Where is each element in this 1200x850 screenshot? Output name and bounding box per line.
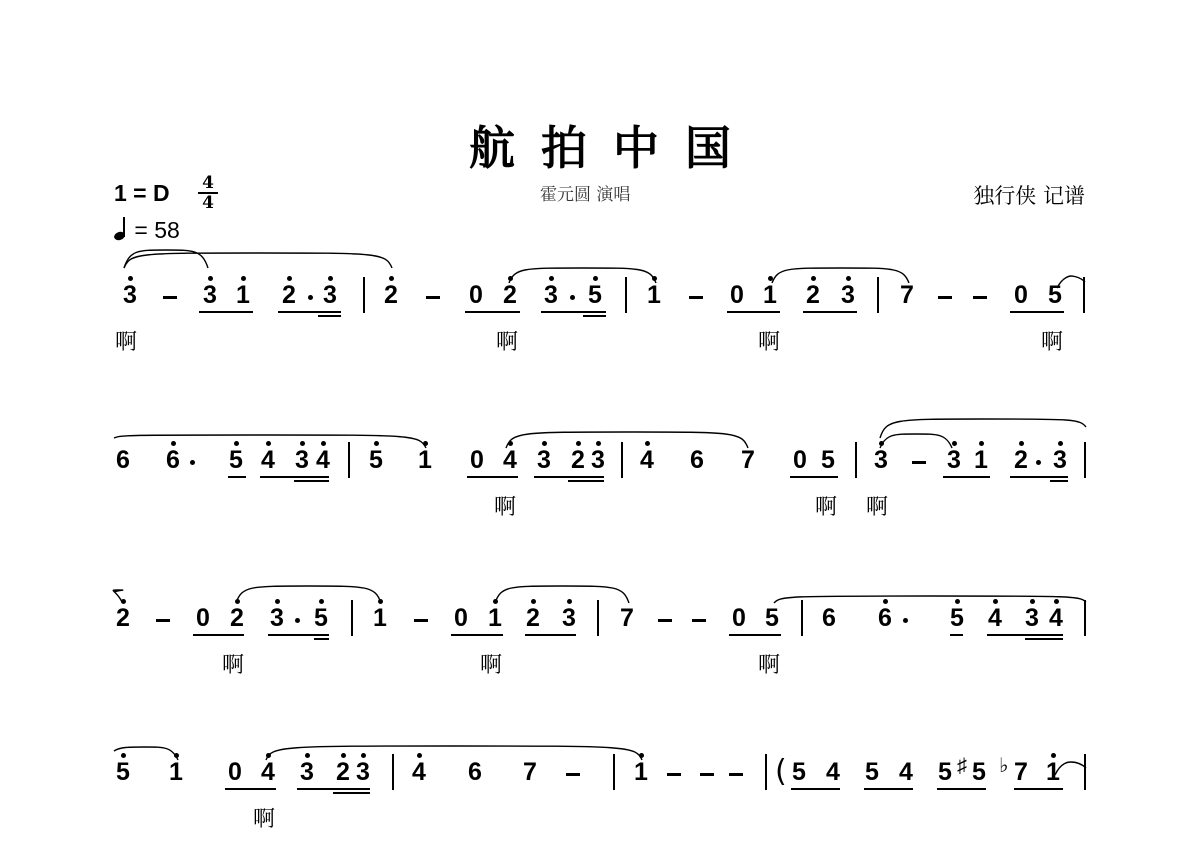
beam-underline <box>260 476 329 478</box>
note: 3 <box>559 606 579 631</box>
barline <box>1084 754 1086 790</box>
flat-icon: ♭ <box>999 754 1008 779</box>
barline <box>1084 442 1086 478</box>
note: 6 <box>687 448 707 473</box>
note: 5 <box>762 606 782 631</box>
high-octave-dot <box>883 599 888 604</box>
high-octave-dot <box>121 599 126 604</box>
sustain-dash <box>692 619 706 622</box>
note: 5 <box>947 606 967 631</box>
high-octave-dot <box>423 441 428 446</box>
beam-underline <box>294 480 329 482</box>
note: 5 <box>311 606 331 631</box>
lyric-syllable: 啊 <box>253 802 275 833</box>
note: 0 <box>451 606 471 631</box>
high-octave-dot <box>361 753 366 758</box>
beam-underline <box>1050 480 1068 482</box>
note: 5 <box>862 760 882 785</box>
slur <box>266 746 642 760</box>
note: 1 <box>971 448 991 473</box>
note: 4 <box>823 760 843 785</box>
note: 2 <box>568 448 588 473</box>
beam-underline <box>568 480 604 482</box>
beam-underline <box>465 311 520 313</box>
tempo-marking: = 58 <box>114 216 180 244</box>
slur <box>774 596 1086 603</box>
beam-underline <box>467 476 518 478</box>
beam-underline <box>583 315 606 317</box>
note: 1 <box>631 760 651 785</box>
high-octave-dot <box>531 599 536 604</box>
note: 4 <box>985 606 1005 631</box>
high-octave-dot <box>1030 599 1035 604</box>
note: 5 <box>366 448 386 473</box>
beam-underline <box>727 311 780 313</box>
note: 0 <box>466 283 486 308</box>
high-octave-dot <box>596 441 601 446</box>
quarter-note-icon <box>114 216 128 240</box>
lyric-syllable: 啊 <box>480 648 502 679</box>
sustain-dash <box>156 619 170 622</box>
beam-underline <box>987 634 1063 636</box>
note: 0 <box>790 448 810 473</box>
beam-underline <box>1025 638 1063 640</box>
note: 6 <box>819 606 839 631</box>
barline <box>1083 277 1085 313</box>
lyric-syllable: 啊 <box>222 648 244 679</box>
high-octave-dot <box>1051 753 1056 758</box>
high-octave-dot <box>241 276 246 281</box>
note: 2 <box>333 760 353 785</box>
note: 6 <box>163 448 183 473</box>
note: 3 <box>871 448 891 473</box>
beam-underline <box>278 311 341 313</box>
augmentation-dot <box>295 618 300 623</box>
high-octave-dot <box>378 599 383 604</box>
sustain-dash <box>700 773 714 776</box>
high-octave-dot <box>305 753 310 758</box>
barline <box>621 442 623 478</box>
note: 3 <box>588 448 608 473</box>
note: 3 <box>944 448 964 473</box>
note: 5 <box>585 283 605 308</box>
sustain-dash <box>973 296 987 299</box>
beam-underline <box>525 634 576 636</box>
lyric-syllable: 啊 <box>815 490 837 521</box>
note: 3 <box>541 283 561 308</box>
note: 7♭ <box>1011 760 1031 785</box>
high-octave-dot <box>979 441 984 446</box>
transcriber-credit: 独行侠 记谱 <box>973 180 1085 210</box>
high-octave-dot <box>645 441 650 446</box>
note: 3 <box>320 283 340 308</box>
high-octave-dot <box>567 599 572 604</box>
beam-underline <box>297 788 370 790</box>
tempo-value: = 58 <box>134 217 179 243</box>
beam-underline <box>193 634 244 636</box>
lyric-syllable: 啊 <box>115 325 137 356</box>
beam-underline <box>1010 476 1068 478</box>
high-octave-dot <box>300 441 305 446</box>
note: 3 <box>267 606 287 631</box>
high-octave-dot <box>321 441 326 446</box>
sustain-dash <box>689 296 703 299</box>
beam-underline <box>937 788 986 790</box>
note: 3 <box>297 760 317 785</box>
sustain-dash <box>414 619 428 622</box>
beam-underline <box>943 476 990 478</box>
augmentation-dot <box>190 460 195 465</box>
sustain-dash <box>729 773 743 776</box>
high-octave-dot <box>508 441 513 446</box>
high-octave-dot <box>768 276 773 281</box>
note: 2 <box>381 283 401 308</box>
note: 2 <box>113 606 133 631</box>
high-octave-dot <box>542 441 547 446</box>
beam-underline <box>225 788 276 790</box>
augmentation-dot <box>570 295 575 300</box>
lyric-syllable: 啊 <box>1041 325 1063 356</box>
high-octave-dot <box>549 276 554 281</box>
slur <box>509 268 656 283</box>
note: 3 <box>534 448 554 473</box>
slur <box>124 250 208 268</box>
slur <box>124 253 392 268</box>
note: 0 <box>467 448 487 473</box>
high-octave-dot <box>1058 441 1063 446</box>
high-octave-dot <box>389 276 394 281</box>
note: 5 <box>818 448 838 473</box>
slur <box>880 434 952 448</box>
note: 4 <box>258 448 278 473</box>
barline <box>625 277 627 313</box>
note: 3 <box>838 283 858 308</box>
note: 2 <box>279 283 299 308</box>
augmentation-dot <box>903 618 908 623</box>
high-octave-dot <box>128 276 133 281</box>
beam-underline <box>1014 788 1063 790</box>
note: 1 <box>1043 760 1063 785</box>
barline <box>363 277 365 313</box>
beam-underline <box>534 476 604 478</box>
high-octave-dot <box>879 441 884 446</box>
augmentation-dot <box>308 295 313 300</box>
note: 3 <box>1022 606 1042 631</box>
sustain-dash <box>912 461 926 464</box>
beam-underline <box>333 792 370 794</box>
note: 1 <box>485 606 505 631</box>
note: 6 <box>875 606 895 631</box>
high-octave-dot <box>508 276 513 281</box>
note: 4 <box>409 760 429 785</box>
open-parenthesis: ( <box>775 754 787 789</box>
time-signature: 4 4 <box>198 175 218 211</box>
high-octave-dot <box>593 276 598 281</box>
beam-underline <box>864 788 913 790</box>
slur <box>236 586 381 603</box>
note: 4 <box>1046 606 1066 631</box>
high-octave-dot <box>174 753 179 758</box>
beam-underline <box>803 311 857 313</box>
barline <box>801 600 803 636</box>
note: 1 <box>233 283 253 308</box>
singer-credit: 霍元圆 演唱 <box>540 180 630 205</box>
note: 5 <box>226 448 246 473</box>
sustain-dash <box>163 296 177 299</box>
barline <box>765 754 767 790</box>
sustain-dash <box>426 296 440 299</box>
page-title: 航拍中国 <box>0 112 1200 178</box>
note: 7 <box>738 448 758 473</box>
augmentation-dot <box>1036 460 1041 465</box>
note: 5 <box>1045 283 1065 308</box>
note: 2 <box>803 283 823 308</box>
note: 7 <box>617 606 637 631</box>
note: 3 <box>200 283 220 308</box>
time-signature-bottom: 4 <box>202 193 214 213</box>
note: 4 <box>258 760 278 785</box>
high-octave-dot <box>341 753 346 758</box>
note: 4 <box>637 448 657 473</box>
note: 5 <box>789 760 809 785</box>
lyric-syllable: 啊 <box>758 325 780 356</box>
beam-underline <box>451 634 503 636</box>
lyric-syllable: 啊 <box>496 325 518 356</box>
note: 1 <box>644 283 664 308</box>
high-octave-dot <box>952 441 957 446</box>
note: 1 <box>415 448 435 473</box>
high-octave-dot <box>652 276 657 281</box>
beam-underline <box>791 788 840 790</box>
high-octave-dot <box>235 599 240 604</box>
note: 4 <box>313 448 333 473</box>
note: 2 <box>500 283 520 308</box>
high-octave-dot <box>275 599 280 604</box>
note: 3 <box>353 760 373 785</box>
high-octave-dot <box>171 441 176 446</box>
beam-underline <box>228 476 246 478</box>
lyric-syllable: 啊 <box>494 490 516 521</box>
key-signature: 1 = D <box>114 180 170 207</box>
high-octave-dot <box>846 276 851 281</box>
note: 0 <box>193 606 213 631</box>
high-octave-dot <box>493 599 498 604</box>
barline <box>877 277 879 313</box>
note: 0 <box>729 606 749 631</box>
time-signature-top: 4 <box>202 173 214 193</box>
beam-underline <box>268 634 329 636</box>
high-octave-dot <box>266 441 271 446</box>
lyric-syllable: 啊 <box>866 490 888 521</box>
note: 2 <box>1011 448 1031 473</box>
note: 2 <box>227 606 247 631</box>
note: 6 <box>465 760 485 785</box>
high-octave-dot <box>639 753 644 758</box>
lyric-syllable: 啊 <box>758 648 780 679</box>
note: 1 <box>370 606 390 631</box>
barline <box>855 442 857 478</box>
high-octave-dot <box>328 276 333 281</box>
sustain-dash <box>938 296 952 299</box>
note: 7 <box>897 283 917 308</box>
barline <box>392 754 394 790</box>
note: 0 <box>225 760 245 785</box>
high-octave-dot <box>417 753 422 758</box>
beam-underline <box>318 315 341 317</box>
note: 4 <box>896 760 916 785</box>
sustain-dash <box>566 773 580 776</box>
beam-underline <box>950 634 963 636</box>
note: 5 <box>113 760 133 785</box>
note: 0 <box>1011 283 1031 308</box>
note: 3 <box>1050 448 1070 473</box>
barline <box>597 600 599 636</box>
sharp-icon: ♯ <box>957 754 967 779</box>
beam-underline <box>199 311 253 313</box>
note: 5 <box>935 760 955 785</box>
beam-underline <box>541 311 606 313</box>
high-octave-dot <box>993 599 998 604</box>
beam-underline <box>314 638 329 640</box>
high-octave-dot <box>374 441 379 446</box>
high-octave-dot <box>319 599 324 604</box>
high-octave-dot <box>576 441 581 446</box>
note: 1 <box>760 283 780 308</box>
note: 0 <box>727 283 747 308</box>
note: 6 <box>113 448 133 473</box>
beam-underline <box>1010 311 1064 313</box>
barline <box>351 600 353 636</box>
high-octave-dot <box>266 753 271 758</box>
slur <box>880 419 1086 438</box>
high-octave-dot <box>208 276 213 281</box>
note: 2 <box>523 606 543 631</box>
note: 3 <box>120 283 140 308</box>
note: 5♯ <box>969 760 989 785</box>
barline <box>1084 600 1086 636</box>
barline <box>613 754 615 790</box>
sustain-dash <box>667 773 681 776</box>
high-octave-dot <box>287 276 292 281</box>
high-octave-dot <box>234 441 239 446</box>
barline <box>348 442 350 478</box>
high-octave-dot <box>1019 441 1024 446</box>
high-octave-dot <box>1054 599 1059 604</box>
note: 1 <box>166 760 186 785</box>
note: 7 <box>520 760 540 785</box>
slur <box>495 586 629 603</box>
high-octave-dot <box>121 753 126 758</box>
beam-underline <box>790 476 838 478</box>
note: 4 <box>500 448 520 473</box>
high-octave-dot <box>811 276 816 281</box>
note: 3 <box>292 448 312 473</box>
high-octave-dot <box>955 599 960 604</box>
beam-underline <box>729 634 781 636</box>
sustain-dash <box>658 619 672 622</box>
